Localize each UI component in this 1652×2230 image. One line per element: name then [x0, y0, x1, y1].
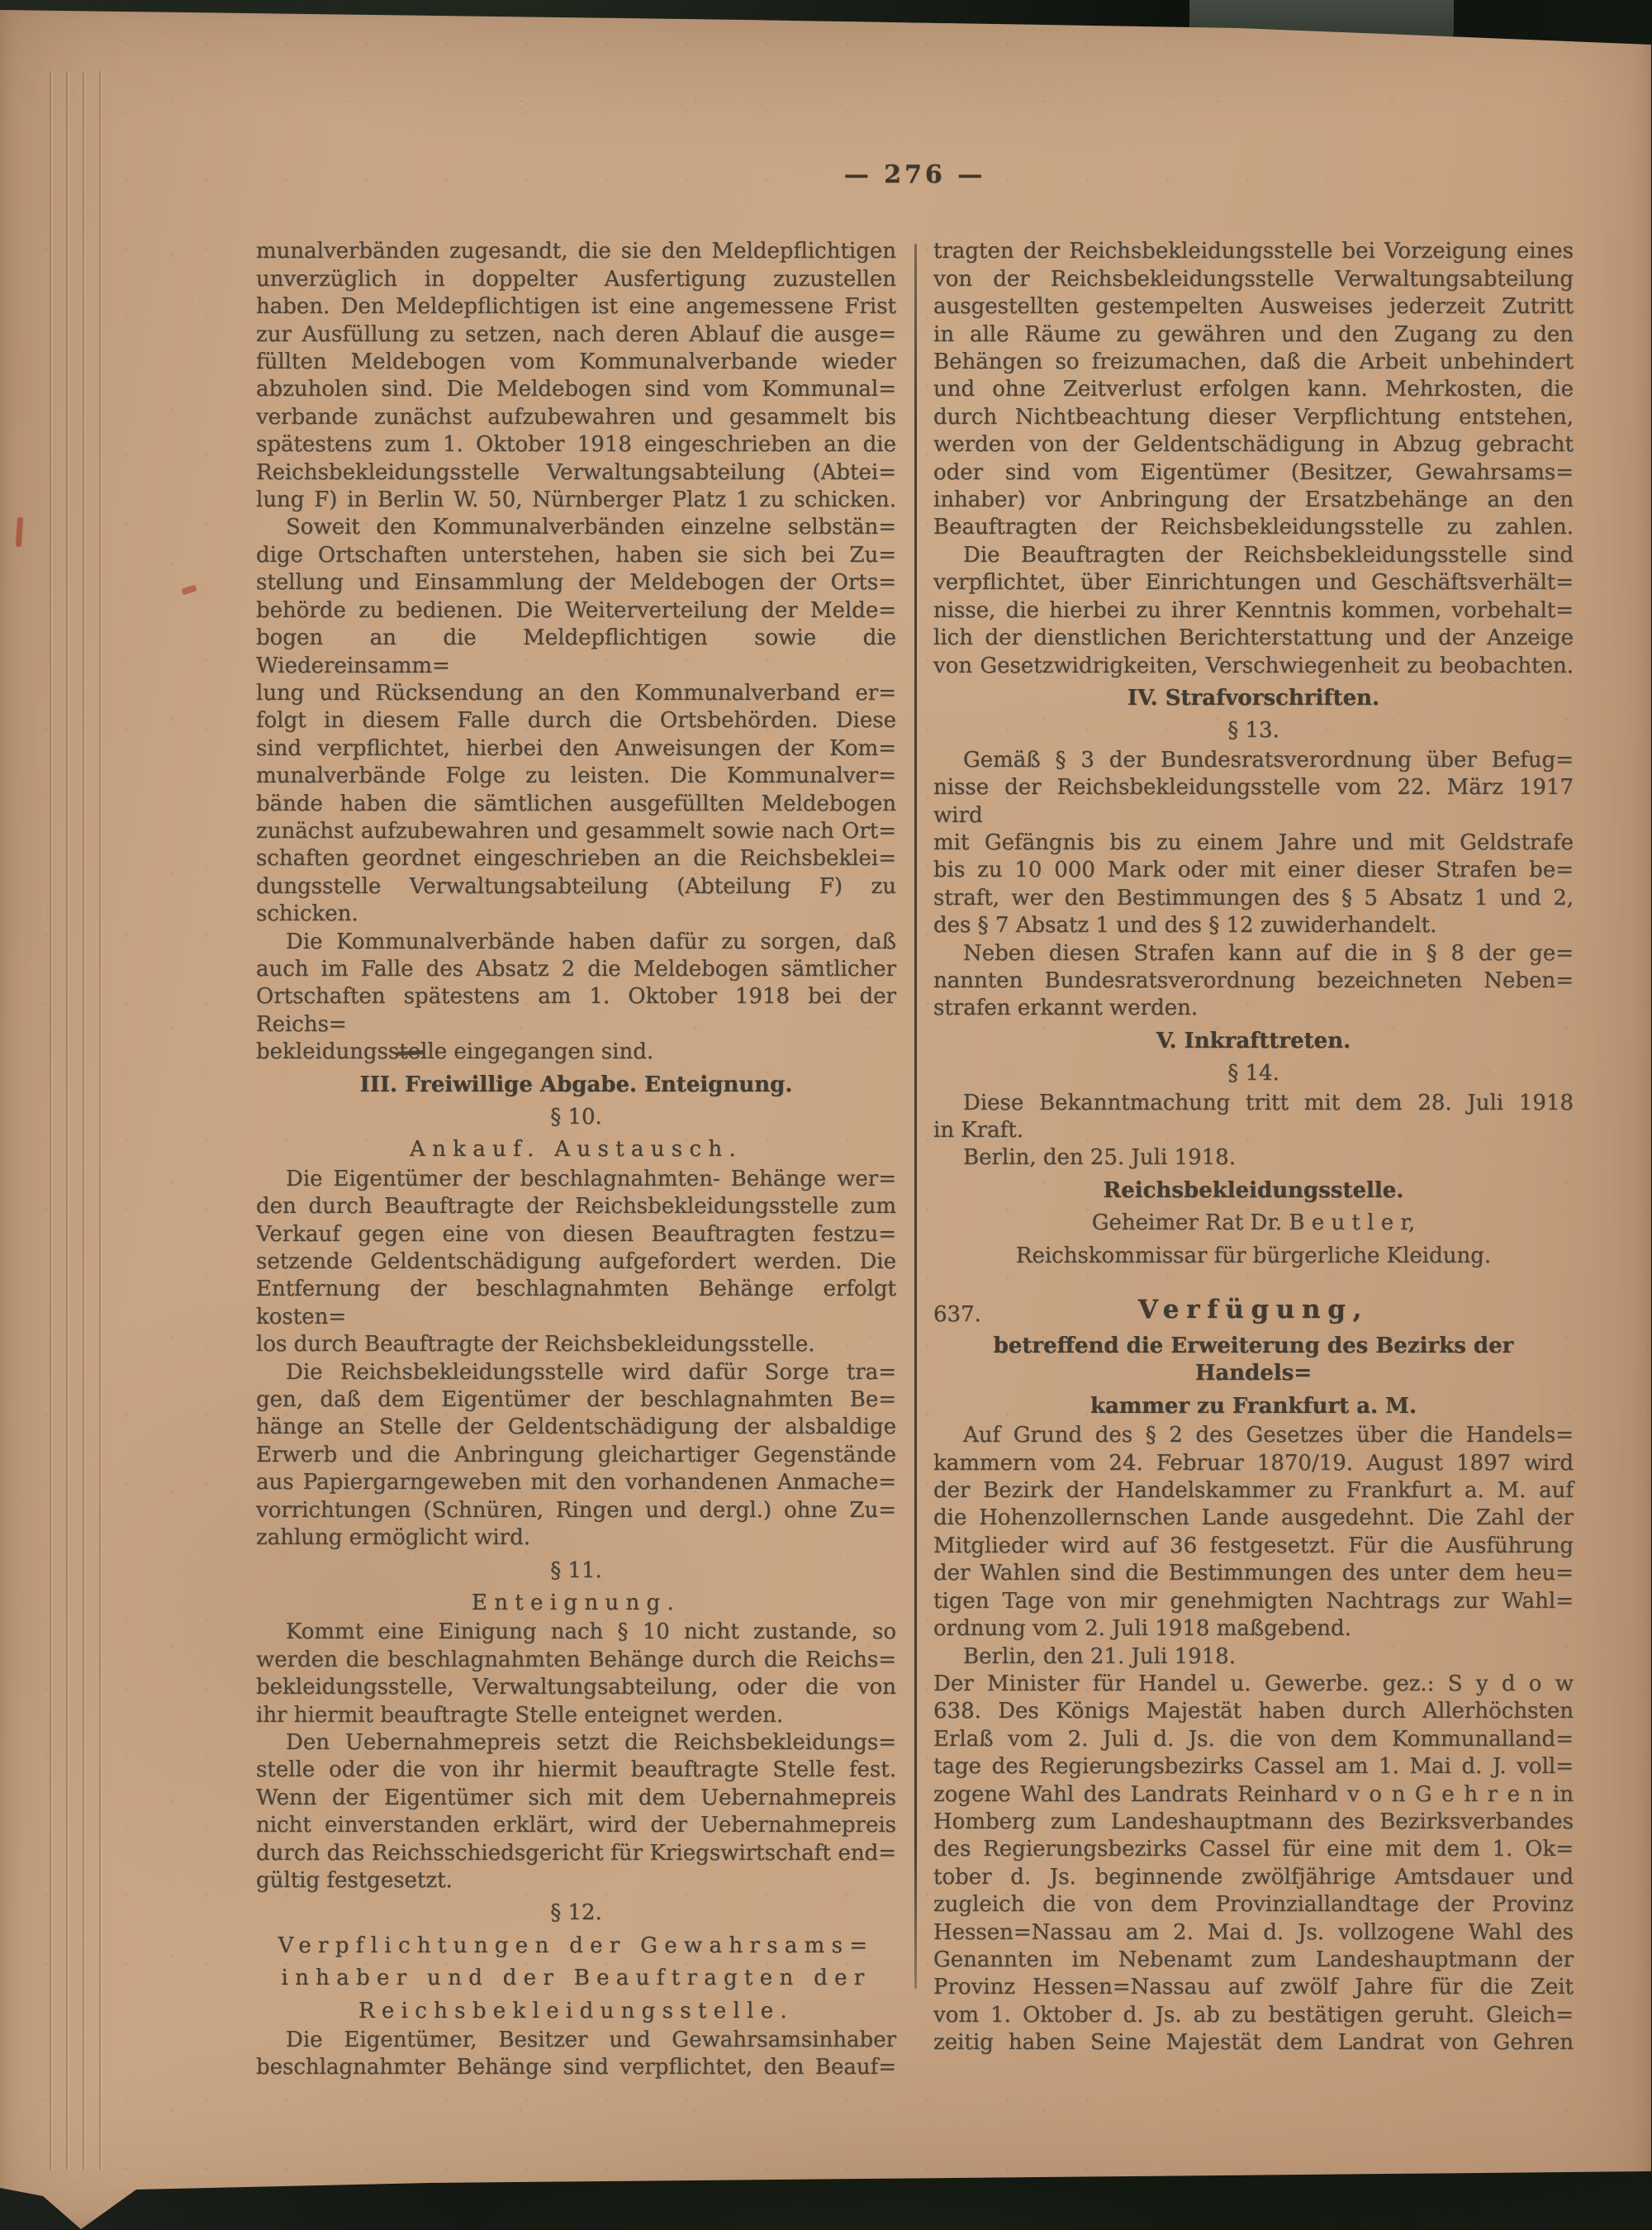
text-line: von der Reichsbekleidungsstelle Verwaltu… — [933, 266, 1574, 293]
text-line: bekleidungsstelle eingegangen sind. — [256, 1039, 896, 1066]
text-line: Ortschaften spätestens am 1. Oktober 191… — [256, 983, 896, 1039]
text-line: nannten Bundesratsverordnung bezeichnete… — [933, 968, 1574, 995]
text-line: gen, daß dem Eigentümer der beschlagnahm… — [256, 1386, 896, 1414]
text-line: zeitig haben Seine Majestät dem Landrat … — [933, 2029, 1574, 2056]
text-line: tober d. Js. beginnende zwölfjährige Amt… — [933, 1864, 1574, 1891]
paragraph: Die Eigentümer, Besitzer und Gewahrsamsi… — [256, 2027, 896, 2082]
section-heading: IV. Strafvorschriften. — [933, 685, 1574, 712]
item-number: 637. — [933, 1298, 981, 1331]
text-line: gültig festgesetzt. — [256, 1867, 896, 1895]
text-line: Berlin, den 21. Juli 1918. — [933, 1643, 1574, 1671]
paragraph: Die Reichsbekleidungsstelle wird dafür S… — [256, 1359, 896, 1552]
text-line: zunächst aufzubewahren und gesammelt sow… — [256, 818, 896, 845]
text-line: folgt in diesem Falle durch die Ortsbehö… — [256, 707, 896, 735]
text-line: straft, wer den Bestimmungen des § 5 Abs… — [933, 885, 1574, 912]
text-line: dige Ortschaften unterstehen, haben sie … — [256, 542, 896, 569]
paragraph: Der Minister für Handel u. Gewerbe. gez.… — [933, 1671, 1574, 1698]
text-line: Entfernung der beschlagnahmten Behänge e… — [256, 1276, 896, 1331]
text-line: stellung und Einsammlung der Meldebogen … — [256, 569, 896, 597]
paragraph: Die Beauftragten der Reichsbekleidungsst… — [933, 542, 1574, 680]
paragraph: Den Uebernahmepreis setzt die Reichsbekl… — [256, 1729, 896, 1895]
text-block: — 276 — munalverbänden zugesandt, die si… — [256, 161, 1574, 2082]
text-line: aus Papiergarngeweben mit den vorhandene… — [256, 1469, 896, 1496]
text-line: Behängen so freizumachen, daß die Arbeit… — [933, 349, 1574, 376]
paragraph: Berlin, den 21. Juli 1918. — [933, 1643, 1574, 1671]
text-line: Den Uebernahmepreis setzt die Reichsbekl… — [256, 1729, 896, 1757]
text-line: haben. Den Meldepflichtigen ist eine ang… — [256, 293, 896, 321]
text-line: schaften geordnet eingeschrieben an die … — [256, 845, 896, 873]
text-line: mit Gefängnis bis zu einem Jahre und mit… — [933, 830, 1574, 857]
text-line: zugleich die von dem Provinziallandtage … — [933, 1891, 1574, 1919]
section-heading: § 13. — [933, 717, 1574, 744]
text-line: strafen erkannt werden. — [933, 995, 1574, 1022]
text-line: der Bezirk der Handelskammer zu Frankfur… — [933, 1477, 1574, 1505]
paragraph: Diese Bekanntmachung tritt mit dem 28. J… — [933, 1090, 1574, 1145]
text-line: bekleidungsstelle, Verwaltungsabteilung,… — [256, 1674, 896, 1701]
text-line: Die Reichsbekleidungsstelle wird dafür S… — [256, 1359, 896, 1386]
text-line: in alle Räume zu gewähren und den Zugang… — [933, 321, 1574, 349]
stacked-page-edges — [40, 71, 104, 2170]
text-line: behörde zu bedienen. Die Weiterverteilun… — [256, 597, 896, 625]
section-heading: Reichsbekleidungsstelle. — [256, 1998, 896, 2025]
text-line: 638. Des Königs Majestät haben durch All… — [933, 1698, 1574, 1725]
section-heading: Reichsbekleidungsstelle. — [933, 1177, 1574, 1205]
text-line: Die Eigentümer der beschlagnahmten- Behä… — [256, 1166, 896, 1193]
text-line: lung und Rücksendung an den Kommunalverb… — [256, 680, 896, 707]
section-heading: inhaber und der Beauftragten der — [256, 1965, 896, 1992]
text-line: werden von der Geldentschädigung in Abzu… — [933, 431, 1574, 459]
text-line: nisse, die hierbei zu ihrer Kenntnis kom… — [933, 597, 1574, 625]
section-heading: Verpflichtungen der Gewahrsams= — [256, 1933, 896, 1960]
text-line: bände haben die sämtlichen ausgefüllten … — [256, 791, 896, 818]
section-heading: § 11. — [256, 1557, 896, 1585]
paragraph: 638. Des Königs Majestät haben durch All… — [933, 1698, 1574, 2056]
text-line: durch das Reichsschiedsgericht für Krieg… — [256, 1840, 896, 1867]
text-line: lich der dienstlichen Berichterstattung … — [933, 625, 1574, 652]
text-line: verpflichtet, über Einrichtungen und Ges… — [933, 569, 1574, 597]
text-line: setzende Geldentschädigung aufgefordert … — [256, 1248, 896, 1276]
text-line: lung F) in Berlin W. 50, Nürnberger Plat… — [256, 487, 896, 514]
text-line: von Gesetzwidrigkeiten, Verschwiegenheit… — [933, 653, 1574, 680]
text-line: tage des Regierungsbezirks Cassel am 1. … — [933, 1753, 1574, 1781]
section-heading: Ankauf. Austausch. — [256, 1136, 896, 1163]
text-line: und ohne Zeitverlust erfolgen kann. Mehr… — [933, 376, 1574, 403]
text-line: unverzüglich in doppelter Ausfertigung z… — [256, 266, 896, 293]
section-heading: III. Freiwillige Abgabe. Enteignung. — [256, 1072, 896, 1099]
text-line: Erwerb und die Anbringung gleichartiger … — [256, 1442, 896, 1469]
text-line: stelle oder die von ihr hiermit beauftra… — [256, 1757, 896, 1784]
text-line: füllten Meldebogen vom Kommunalverbande … — [256, 349, 896, 376]
text-line: Reichsbekleidungsstelle Verwaltungsabtei… — [256, 459, 896, 487]
text-line: auch im Falle des Absatz 2 die Meldeboge… — [256, 956, 896, 983]
text-line: des § 7 Absatz 1 und des § 12 zuwiderhan… — [933, 912, 1574, 939]
text-line: verbande zunächst aufzubewahren und gesa… — [256, 404, 896, 431]
text-line: dungsstelle Verwaltungsabteilung (Abteil… — [256, 873, 896, 901]
section-heading: Enteignung. — [256, 1590, 896, 1617]
text-line: spätestens zum 1. Oktober 1918 eingeschr… — [256, 431, 896, 459]
text-line: zahlung ermöglicht wird. — [256, 1524, 896, 1552]
text-line: Neben diesen Strafen kann auf die in § 8… — [933, 940, 1574, 968]
text-line: Hessen=Nassau am 2. Mai d. Js. vollzogen… — [933, 1919, 1574, 1947]
heading-text: Verfügung, — [1138, 1295, 1369, 1324]
text-line: Homberg zum Landeshauptmann des Bezirksv… — [933, 1809, 1574, 1836]
paragraph: Die Kommunalverbände haben dafür zu sorg… — [256, 929, 896, 1067]
text-line: durch Nichtbeachtung dieser Verpflichtun… — [933, 404, 1574, 431]
text-line: Berlin, den 25. Juli 1918. — [933, 1144, 1574, 1172]
text-line: Der Minister für Handel u. Gewerbe. gez.… — [933, 1671, 1574, 1698]
text-line: Die Eigentümer, Besitzer und Gewahrsamsi… — [256, 2027, 896, 2054]
text-line: Genannten im Nebenamt zum Landeshauptman… — [933, 1947, 1574, 1974]
text-line: Die Beauftragten der Reichsbekleidungsst… — [933, 542, 1574, 569]
text-line: oder sind vom Eigentümer (Besitzer, Gewa… — [933, 459, 1574, 487]
text-line: vom 1. Oktober d. Js. ab zu bestätigen g… — [933, 2002, 1574, 2029]
paragraph: Neben diesen Strafen kann auf die in § 8… — [933, 940, 1574, 1023]
text-line: munalverbänden zugesandt, die sie den Me… — [256, 238, 896, 265]
section-heading: § 10. — [256, 1104, 896, 1131]
left-column: munalverbänden zugesandt, die sie den Me… — [256, 238, 896, 2081]
text-line: zur Ausfüllung zu setzen, nach deren Abl… — [256, 321, 896, 349]
text-line: beschlagnahmter Behänge sind verpflichte… — [256, 2054, 896, 2081]
text-line: tigen Tage von mir genehmigten Nachtrags… — [933, 1588, 1574, 1615]
paragraph: Auf Grund des § 2 des Gesetzes über die … — [933, 1422, 1574, 1643]
right-column: tragten der Reichsbekleidungsstelle bei … — [933, 238, 1574, 2056]
text-line: die Hohenzollernschen Lande ausgedehnt. … — [933, 1505, 1574, 1532]
page-number: — 276 — — [256, 161, 1574, 188]
section-heading: Reichskommissar für bürgerliche Kleidung… — [933, 1243, 1574, 1270]
paragraph: Berlin, den 25. Juli 1918. — [933, 1144, 1574, 1172]
section-heading: betreffend die Erweiterung des Bezirks d… — [933, 1333, 1574, 1388]
text-line: tragten der Reichsbekleidungsstelle bei … — [933, 238, 1574, 265]
text-line: Wenn der Eigentümer sich mit dem Ueberna… — [256, 1785, 896, 1812]
section-heading: kammer zu Frankfurt a. M. — [933, 1393, 1574, 1420]
text-line: Erlaß vom 2. Juli d. Js. die von dem Kom… — [933, 1726, 1574, 1753]
paragraph: Die Eigentümer der beschlagnahmten- Behä… — [256, 1166, 896, 1359]
text-line: ordnung vom 2. Juli 1918 maßgebend. — [933, 1615, 1574, 1643]
text-line: bogen an die Meldepflichtigen sowie die … — [256, 625, 896, 680]
text-line: zogene Wahl des Landrats Reinhard v o n … — [933, 1781, 1574, 1809]
text-line: ihr hiermit beauftragte Stelle enteignet… — [256, 1702, 896, 1729]
text-line: Verkauf gegen eine von diesen Beauftragt… — [256, 1221, 896, 1248]
section-heading: Geheimer Rat Dr. B e u t l e r, — [933, 1210, 1574, 1237]
text-line: ausgestellten gestempelten Ausweises jed… — [933, 293, 1574, 321]
text-line: Beauftragten der Reichsbekleidungsstelle… — [933, 514, 1574, 541]
text-line: werden die beschlagnahmten Behänge durch… — [256, 1647, 896, 1674]
column-divider — [914, 244, 917, 1989]
text-line: Diese Bekanntmachung tritt mit dem 28. J… — [933, 1090, 1574, 1117]
text-line: vorrichtungen (Schnüren, Ringen und derg… — [256, 1497, 896, 1524]
text-line: los durch Beauftragte der Reichsbekleidu… — [256, 1331, 896, 1358]
section-heading: § 14. — [933, 1060, 1574, 1087]
paper: — 276 — munalverbänden zugesandt, die si… — [0, 0, 1652, 2230]
text-line: Kommt eine Einigung nach § 10 nicht zust… — [256, 1619, 896, 1646]
text-line: Mitglieder wird auf 36 festgesetzt. Für … — [933, 1533, 1574, 1560]
text-line: Auf Grund des § 2 des Gesetzes über die … — [933, 1422, 1574, 1449]
text-line: Soweit den Kommunalverbänden einzelne se… — [256, 514, 896, 541]
text-line: Provinz Hessen=Nassau auf zwölf Jahre fü… — [933, 1974, 1574, 2001]
text-line: Gemäß § 3 der Bundesratsverordnung über … — [933, 747, 1574, 774]
paragraph: munalverbänden zugesandt, die sie den Me… — [256, 238, 896, 514]
text-line: der Wahlen sind die Bestimmungen des unt… — [933, 1560, 1574, 1587]
paragraph: tragten der Reichsbekleidungsstelle bei … — [933, 238, 1574, 541]
section-heading: § 12. — [256, 1900, 896, 1927]
text-line: in Kraft. — [933, 1117, 1574, 1144]
text-line: bis zu 10 000 Mark oder mit einer dieser… — [933, 857, 1574, 884]
text-line: munalverbände Folge zu leisten. Die Komm… — [256, 763, 896, 790]
section-heading: V. Inkrafttreten. — [933, 1028, 1574, 1055]
text-line: nisse der Reichsbekleidungsstelle vom 22… — [933, 774, 1574, 830]
paragraph: Gemäß § 3 der Bundesratsverordnung über … — [933, 747, 1574, 940]
text-line: sind verpflichtet, hierbei den Anweisung… — [256, 735, 896, 763]
text-line: schicken. — [256, 901, 896, 928]
text-line: abzuholen sind. Die Meldebogen sind vom … — [256, 376, 896, 403]
numbered-heading: 637.Verfügung, — [933, 1293, 1574, 1326]
paragraph: Soweit den Kommunalverbänden einzelne se… — [256, 514, 896, 928]
text-line: inhaber) vor Anbringung der Ersatzbehäng… — [933, 487, 1574, 514]
text-line: kammern vom 24. Februar 1870/19. August … — [933, 1450, 1574, 1477]
text-line: Die Kommunalverbände haben dafür zu sorg… — [256, 929, 896, 956]
text-line: den durch Beauftragte der Reichsbekleidu… — [256, 1193, 896, 1220]
text-line: nicht einverstanden erklärt, wird der Ue… — [256, 1812, 896, 1839]
paragraph: Kommt eine Einigung nach § 10 nicht zust… — [256, 1619, 896, 1729]
text-line: hänge an Stelle der Geldentschädigung de… — [256, 1414, 896, 1441]
text-line: des Regierungsbezirks Cassel für eine mi… — [933, 1836, 1574, 1863]
